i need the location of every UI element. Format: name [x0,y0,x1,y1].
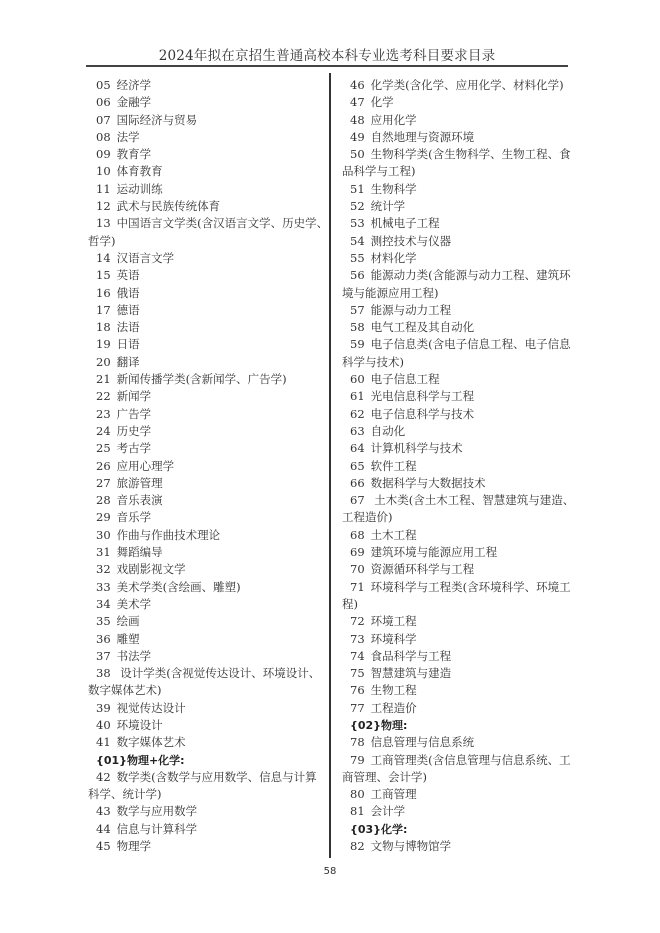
major-name: 作曲与作曲技术理论 [117,528,221,542]
major-list-item: 06金融学 [88,94,326,111]
major-name: 音乐表演 [117,493,163,507]
major-list-item: 67 土木类(含土木工程、智慧建筑与建造、 [342,492,582,509]
major-list-item: 21新闻传播学类(含新闻学、广告学) [88,371,326,388]
major-name: 会计学 [371,804,406,818]
major-list-item: 26应用心理学 [88,458,326,475]
major-code: 52 [350,198,365,215]
major-name: 运动训练 [117,182,163,196]
major-name: 能源与动力工程 [371,303,452,317]
major-list-item: 39视觉传达设计 [88,700,326,717]
major-name: 建筑环境与能源应用工程 [371,545,498,559]
major-name: 武术与民族传统体育 [117,199,221,213]
major-list-item: 77工程造价 [342,700,582,717]
major-list-item: 64计算机科学与技术 [342,440,582,457]
major-code: 11 [96,181,111,198]
major-code: 74 [350,648,365,665]
major-name: 环境工程 [371,614,417,628]
major-code: 55 [350,250,365,267]
major-name: 土木类(含土木工程、智慧建筑与建造、 [371,493,575,507]
major-list-item: 28音乐表演 [88,492,326,509]
major-name: 历史学 [117,424,152,438]
major-code: 66 [350,475,365,492]
major-code: 49 [350,129,365,146]
major-code: 36 [96,631,111,648]
major-name: 电子信息科学与技术 [371,407,475,421]
major-list-item: 30作曲与作曲技术理论 [88,527,326,544]
major-name: 土木工程 [371,528,417,542]
major-name: 视觉传达设计 [117,701,186,715]
major-code: 10 [96,163,111,180]
major-code: 34 [96,596,111,613]
major-code: 38 [96,665,111,682]
major-name: 光电信息科学与工程 [371,389,475,403]
major-code: 37 [96,648,111,665]
major-list-item: 59电子信息类(含电子信息工程、电子信息 [342,336,582,353]
major-name: 应用心理学 [117,459,175,473]
major-name: 环境设计 [117,718,163,732]
major-list-item: 60电子信息工程 [342,371,582,388]
major-code: 14 [96,250,111,267]
major-list-item: 73环境科学 [342,631,582,648]
major-code: 71 [350,579,365,596]
major-code: 27 [96,475,111,492]
major-name: 信息与计算科学 [117,822,198,836]
major-code: 05 [96,77,111,94]
major-list-item: 49自然地理与资源环境 [342,129,582,146]
major-name: 新闻学 [117,389,152,403]
major-list-item: 35绘画 [88,613,326,630]
major-name: 生物科学类(含生物科学、生物工程、食 [371,147,571,161]
major-list-item: 09教育学 [88,146,326,163]
major-code: 18 [96,319,111,336]
major-name: 软件工程 [371,459,417,473]
major-list-item: 19日语 [88,336,326,353]
major-code: 16 [96,285,111,302]
title-rule [86,65,568,67]
major-name: 计算机科学与技术 [371,441,463,455]
major-name: 广告学 [117,407,152,421]
major-code: 17 [96,302,111,319]
major-code: 45 [96,838,111,855]
major-code: 47 [350,94,365,111]
major-code: 42 [96,769,111,786]
major-list-item: 38 设计学类(含视觉传达设计、环境设计、 [88,665,326,682]
major-name: 翻译 [117,355,140,369]
major-code: 35 [96,613,111,630]
major-list-item: 20翻译 [88,354,326,371]
major-name: 资源循环科学与工程 [371,562,475,576]
major-code: 57 [350,302,365,319]
major-list-item: 23广告学 [88,406,326,423]
major-name-continuation: 商管理、会计学) [342,769,582,786]
major-list-item: 48应用化学 [342,112,582,129]
major-name: 雕塑 [117,632,140,646]
major-code: 24 [96,423,111,440]
major-name: 自然地理与资源环境 [371,130,475,144]
major-code: 33 [96,579,111,596]
major-name: 信息管理与信息系统 [371,735,475,749]
major-list-item: 62电子信息科学与技术 [342,406,582,423]
major-name: 物理学 [117,839,152,853]
major-code: 82 [350,838,365,855]
major-name: 数学类(含数学与应用数学、信息与计算 [117,770,317,784]
major-list-item: 47化学 [342,94,582,111]
column-divider [329,73,331,858]
major-list-item: 68土木工程 [342,527,582,544]
major-name: 应用化学 [371,113,417,127]
subject-group-heading: {03}化学: [342,821,582,838]
major-name: 测控技术与仪器 [371,234,452,248]
major-list-item: 82文物与博物馆学 [342,838,582,855]
major-name: 化学 [371,95,394,109]
major-name: 舞蹈编导 [117,545,163,559]
major-name: 汉语言文学 [117,251,175,265]
major-code: 73 [350,631,365,648]
major-code: 50 [350,146,365,163]
major-name: 德语 [117,303,140,317]
major-list-item: 11运动训练 [88,181,326,198]
right-column: 46化学类(含化学、应用化学、材料化学)47化学48应用化学49自然地理与资源环… [342,77,582,855]
major-code: 46 [350,77,365,94]
subject-group-heading: {02}物理: [342,717,582,734]
major-list-item: 58电气工程及其自动化 [342,319,582,336]
major-code: 23 [96,406,111,423]
major-list-item: 55材料化学 [342,250,582,267]
major-code: 06 [96,94,111,111]
major-code: 44 [96,821,111,838]
major-list-item: 27旅游管理 [88,475,326,492]
major-code: 81 [350,803,365,820]
major-name: 美术学 [117,597,152,611]
major-code: 67 [350,492,365,509]
subject-group-heading: {01}物理+化学: [88,752,326,769]
major-name: 工商管理 [371,787,417,801]
major-code: 72 [350,613,365,630]
major-name: 数字媒体艺术 [117,735,186,749]
major-code: 32 [96,561,111,578]
major-list-item: 80工商管理 [342,786,582,803]
major-name: 书法学 [117,649,152,663]
major-name-continuation: 科学、统计学) [88,786,326,803]
major-code: 26 [96,458,111,475]
major-list-item: 25考古学 [88,440,326,457]
major-code: 13 [96,215,111,232]
major-list-item: 52统计学 [342,198,582,215]
major-list-item: 50生物科学类(含生物科学、生物工程、食 [342,146,582,163]
major-list-item: 24历史学 [88,423,326,440]
major-code: 78 [350,734,365,751]
major-list-item: 65软件工程 [342,458,582,475]
major-list-item: 81会计学 [342,803,582,820]
major-list-item: 53机械电子工程 [342,215,582,232]
major-name: 食品科学与工程 [371,649,452,663]
major-name: 材料化学 [371,251,417,265]
major-code: 40 [96,717,111,734]
major-code: 70 [350,561,365,578]
major-list-item: 63自动化 [342,423,582,440]
left-column: 05经济学06金融学07国际经济与贸易08法学09教育学10体育教育11运动训练… [88,77,326,855]
major-name: 绘画 [117,614,140,628]
major-code: 76 [350,682,365,699]
major-name: 国际经济与贸易 [117,113,198,127]
major-list-item: 07国际经济与贸易 [88,112,326,129]
major-name: 环境科学与工程类(含环境科学、环境工 [371,580,571,594]
major-code: 79 [350,752,365,769]
major-name-continuation: 哲学) [88,233,326,250]
major-code: 62 [350,406,365,423]
major-name: 戏剧影视文学 [117,562,186,576]
major-name: 生物工程 [371,683,417,697]
major-list-item: 75智慧建筑与建造 [342,665,582,682]
major-list-item: 74食品科学与工程 [342,648,582,665]
major-code: 53 [350,215,365,232]
major-code: 80 [350,786,365,803]
major-name: 电子信息类(含电子信息工程、电子信息 [371,337,571,351]
major-name-continuation: 品科学与工程) [342,163,582,180]
major-name: 环境科学 [371,632,417,646]
major-code: 12 [96,198,111,215]
major-name: 数学与应用数学 [117,804,198,818]
major-code: 48 [350,112,365,129]
major-code: 68 [350,527,365,544]
major-name: 生物科学 [371,182,417,196]
page-title: 2024年拟在京招生普通高校本科专业选考科目要求目录 [86,44,568,64]
major-code: 56 [350,267,365,284]
major-list-item: 56能源动力类(含能源与动力工程、建筑环 [342,267,582,284]
major-name: 自动化 [371,424,406,438]
major-code: 25 [96,440,111,457]
major-name-continuation: 境与能源应用工程) [342,285,582,302]
major-list-item: 78信息管理与信息系统 [342,734,582,751]
major-code: 08 [96,129,111,146]
major-code: 15 [96,267,111,284]
major-list-item: 69建筑环境与能源应用工程 [342,544,582,561]
major-name: 中国语言文学类(含汉语言文学、历史学、 [117,216,328,230]
major-name: 英语 [117,268,140,282]
major-list-item: 16俄语 [88,285,326,302]
major-list-item: 41数字媒体艺术 [88,734,326,751]
major-list-item: 32戏剧影视文学 [88,561,326,578]
major-name: 工商管理类(含信息管理与信息系统、工 [371,753,571,767]
major-code: 39 [96,700,111,717]
major-name: 能源动力类(含能源与动力工程、建筑环 [371,268,571,282]
major-list-item: 54测控技术与仪器 [342,233,582,250]
major-list-item: 61光电信息科学与工程 [342,388,582,405]
major-name: 电气工程及其自动化 [371,320,475,334]
major-name: 智慧建筑与建造 [371,666,452,680]
major-list-item: 14汉语言文学 [88,250,326,267]
major-name: 教育学 [117,147,152,161]
major-name: 数据科学与大数据技术 [371,476,486,490]
major-name: 考古学 [117,441,152,455]
major-name: 机械电子工程 [371,216,440,230]
major-code: 29 [96,509,111,526]
major-code: 69 [350,544,365,561]
major-list-item: 40环境设计 [88,717,326,734]
major-name: 法语 [117,320,140,334]
major-code: 58 [350,319,365,336]
major-list-item: 05经济学 [88,77,326,94]
major-name-continuation: 数字媒体艺术) [88,682,326,699]
major-list-item: 76生物工程 [342,682,582,699]
major-code: 09 [96,146,111,163]
major-name: 体育教育 [117,164,163,178]
major-code: 31 [96,544,111,561]
major-name-continuation: 程) [342,596,582,613]
major-code: 59 [350,336,365,353]
major-code: 22 [96,388,111,405]
major-name: 日语 [117,337,140,351]
major-list-item: 45物理学 [88,838,326,855]
major-list-item: 72环境工程 [342,613,582,630]
major-name: 金融学 [117,95,152,109]
major-list-item: 12武术与民族传统体育 [88,198,326,215]
major-code: 51 [350,181,365,198]
major-code: 65 [350,458,365,475]
major-list-item: 70资源循环科学与工程 [342,561,582,578]
major-code: 07 [96,112,111,129]
page-number: 58 [0,866,660,877]
major-list-item: 44信息与计算科学 [88,821,326,838]
major-code: 75 [350,665,365,682]
major-list-item: 79工商管理类(含信息管理与信息系统、工 [342,752,582,769]
major-list-item: 18法语 [88,319,326,336]
major-code: 43 [96,803,111,820]
major-list-item: 13中国语言文学类(含汉语言文学、历史学、 [88,215,326,232]
major-list-item: 15英语 [88,267,326,284]
major-name: 新闻传播学类(含新闻学、广告学) [117,372,287,386]
major-list-item: 33美术学类(含绘画、雕塑) [88,579,326,596]
major-code: 60 [350,371,365,388]
major-name: 统计学 [371,199,406,213]
major-list-item: 42数学类(含数学与应用数学、信息与计算 [88,769,326,786]
major-list-item: 71环境科学与工程类(含环境科学、环境工 [342,579,582,596]
major-code: 21 [96,371,111,388]
major-code: 28 [96,492,111,509]
major-name: 法学 [117,130,140,144]
major-name: 设计学类(含视觉传达设计、环境设计、 [117,666,321,680]
major-list-item: 10体育教育 [88,163,326,180]
major-name: 经济学 [117,78,152,92]
major-name: 文物与博物馆学 [371,839,452,853]
major-code: 77 [350,700,365,717]
major-code: 54 [350,233,365,250]
major-name: 俄语 [117,286,140,300]
major-list-item: 29音乐学 [88,509,326,526]
major-list-item: 57能源与动力工程 [342,302,582,319]
major-list-item: 31舞蹈编导 [88,544,326,561]
major-list-item: 66数据科学与大数据技术 [342,475,582,492]
major-name-continuation: 科学与技术) [342,354,582,371]
major-name: 美术学类(含绘画、雕塑) [117,580,241,594]
major-list-item: 36雕塑 [88,631,326,648]
major-code: 63 [350,423,365,440]
major-name: 旅游管理 [117,476,163,490]
major-list-item: 17德语 [88,302,326,319]
major-code: 30 [96,527,111,544]
major-name: 工程造价 [371,701,417,715]
major-list-item: 46化学类(含化学、应用化学、材料化学) [342,77,582,94]
major-list-item: 51生物科学 [342,181,582,198]
major-list-item: 37书法学 [88,648,326,665]
major-code: 64 [350,440,365,457]
major-list-item: 43数学与应用数学 [88,803,326,820]
major-list-item: 22新闻学 [88,388,326,405]
major-code: 41 [96,734,111,751]
major-list-item: 34美术学 [88,596,326,613]
major-code: 61 [350,388,365,405]
major-list-item: 08法学 [88,129,326,146]
major-name-continuation: 工程造价) [342,509,582,526]
major-code: 20 [96,354,111,371]
major-name: 电子信息工程 [371,372,440,386]
major-name: 音乐学 [117,510,152,524]
major-code: 19 [96,336,111,353]
major-name: 化学类(含化学、应用化学、材料化学) [371,78,564,92]
